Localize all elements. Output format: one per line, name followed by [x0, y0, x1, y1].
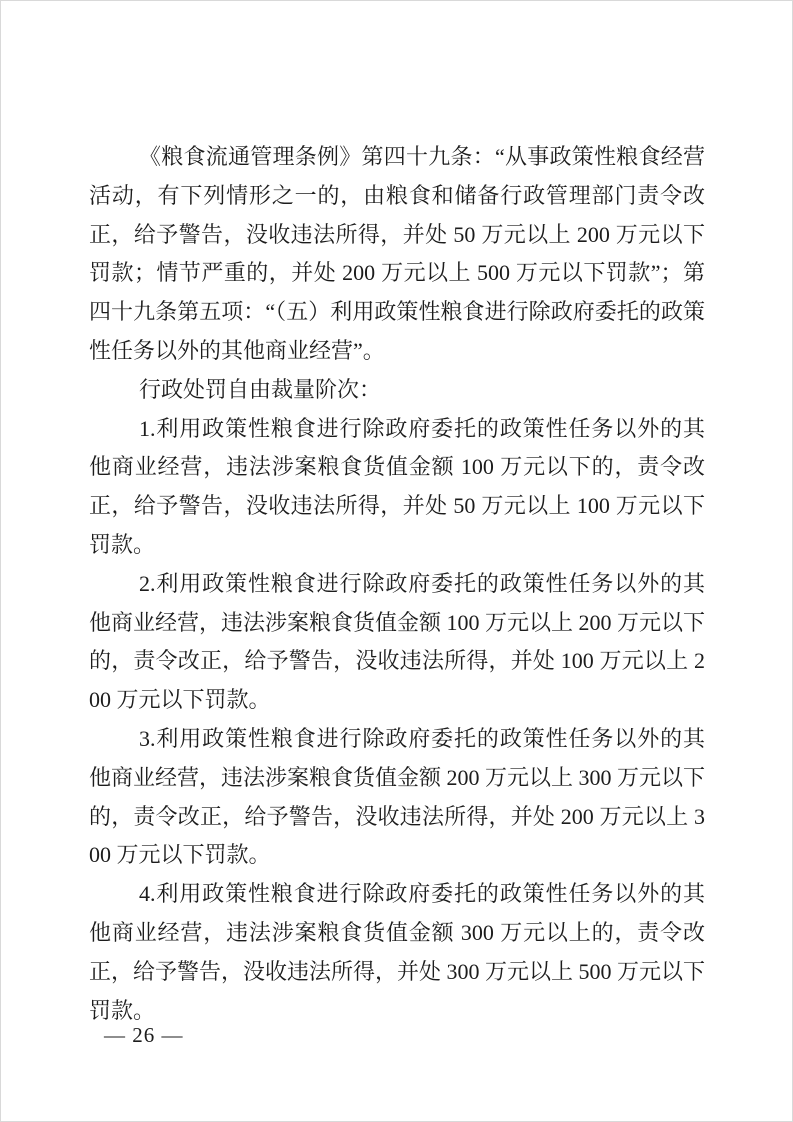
- page-number: — 26 —: [104, 1021, 184, 1049]
- paragraph-penalty-tier-2: 2.利用政策性粮食进行除政府委托的政策性任务以外的其他商业经营，违法涉案粮食货值…: [89, 565, 705, 720]
- paragraph-discretion-levels-heading: 行政处罚自由裁量阶次：: [89, 371, 705, 410]
- paragraph-penalty-tier-4: 4.利用政策性粮食进行除政府委托的政策性任务以外的其他商业经营，违法涉案粮食货值…: [89, 875, 705, 1030]
- document-body-text: 《粮食流通管理条例》第四十九条：“从事政策性粮食经营活动，有下列情形之一的，由粮…: [89, 138, 705, 1030]
- paragraph-penalty-tier-3: 3.利用政策性粮食进行除政府委托的政策性任务以外的其他商业经营，违法涉案粮食货值…: [89, 720, 705, 875]
- paragraph-penalty-tier-1: 1.利用政策性粮食进行除政府委托的政策性任务以外的其他商业经营，违法涉案粮食货值…: [89, 410, 705, 565]
- document-page: 《粮食流通管理条例》第四十九条：“从事政策性粮食经营活动，有下列情形之一的，由粮…: [0, 0, 793, 1122]
- paragraph-regulation-citation: 《粮食流通管理条例》第四十九条：“从事政策性粮食经营活动，有下列情形之一的，由粮…: [89, 138, 705, 371]
